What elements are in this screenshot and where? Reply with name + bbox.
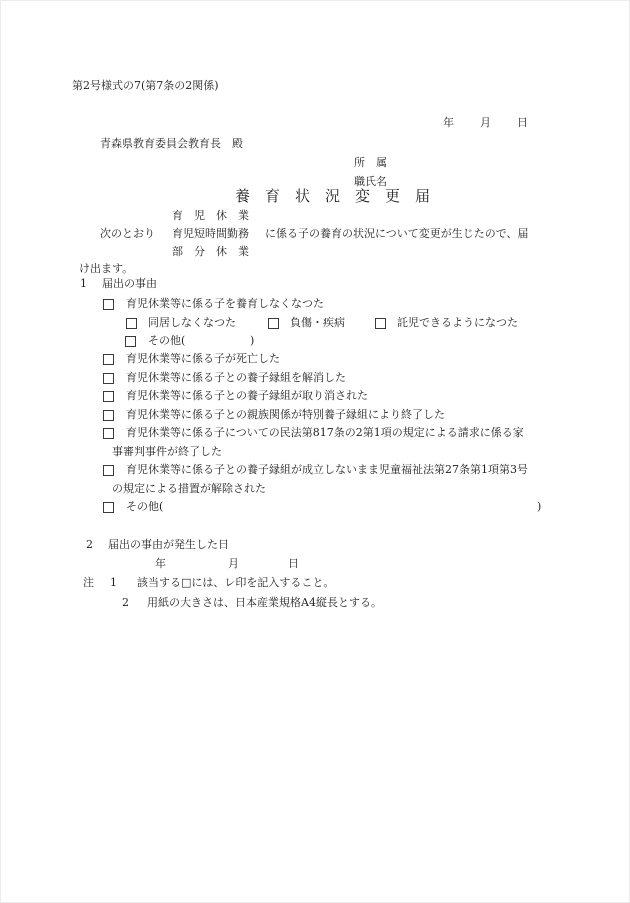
section1-number: 1 (80, 277, 87, 291)
checkbox-icon (125, 336, 136, 347)
sub-childcare-available-label: 託児できるようになつた (397, 316, 518, 330)
note2-text: 用紙の大きさは、日本産業規格A4縦長とする。 (147, 596, 382, 610)
reason-court-case-label-line1: 育児休業等に係る子についての民法第817条の2第1項の規定による請求に係る家 (126, 426, 524, 440)
checkbox-icon (268, 318, 279, 329)
occurrence-date-month-label: 月 (228, 557, 239, 571)
reason-other-close-paren: ) (537, 500, 541, 514)
leave-option-childcare-leave: 育 児 休 業 (172, 209, 249, 223)
note1-text: 該当する□には、レ印を記入すること。 (137, 576, 334, 590)
checkbox-icon (103, 410, 114, 421)
reason-court-case-label-line2: 事審判事件が終了した (112, 445, 222, 459)
section1-heading: 届出の事由 (102, 277, 157, 291)
page-title: 養 育 状 況 変 更 届 (235, 188, 430, 205)
header-date-day-label: 日 (517, 116, 528, 130)
reason-adoption-dissolved-label: 育児休業等に係る子との養子縁組を解消した (126, 371, 346, 385)
leave-option-shorttime-work: 育児短時間勤務 (172, 227, 249, 241)
leave-option-partial-leave: 部 分 休 業 (172, 245, 249, 259)
sub-not-living-together-label: 同居しなくなつた (148, 316, 236, 330)
affiliation-label: 所 属 (354, 156, 387, 170)
checkbox-icon (103, 465, 114, 476)
reason-welfare-label-line2: の規定による措置が解除された (112, 482, 266, 496)
reason-welfare-label-line1: 育児休業等に係る子との養子縁組が成立しないまま児童福祉法第27条第1項第3号 (126, 463, 528, 477)
note1-number: 1 (110, 576, 117, 590)
checkbox-icon (103, 354, 114, 365)
section2-heading: 届出の事由が発生した日 (108, 538, 229, 552)
occurrence-date-year-label: 年 (155, 557, 166, 571)
reason-died-label: 育児休業等に係る子が死亡した (126, 352, 280, 366)
checkbox-icon (103, 299, 114, 310)
notes-label: 注 (83, 576, 94, 590)
header-date-year-label: 年 (443, 116, 454, 130)
reason-adoption-rescinded-label: 育児休業等に係る子との養子縁組が取り消された (126, 389, 368, 403)
intro-lead: 次のとおり (100, 227, 155, 241)
addressee: 青森県教育委員会教育長 殿 (100, 137, 243, 151)
section2-number: 2 (86, 538, 93, 552)
note2-number: 2 (122, 596, 129, 610)
header-date-month-label: 月 (480, 116, 491, 130)
sub-other-close-paren: ) (250, 334, 254, 348)
reason-other-label: その他( (126, 500, 163, 514)
document-page: 第2号様式の7(第7条の2関係) 年 月 日 青森県教育委員会教育長 殿 所 属… (0, 0, 630, 903)
checkbox-icon (126, 318, 137, 329)
intro-body: に係る子の養育の状況について変更が生じたので、届 (265, 227, 529, 241)
sub-injury-illness-label: 負傷・疾病 (290, 316, 345, 330)
reason-kinship-ended-label: 育児休業等に係る子との親族関係が特別養子縁組により終了した (126, 408, 445, 422)
checkbox-icon (103, 502, 114, 513)
reason-no-longer-care-label: 育児休業等に係る子を養育しなくなつた (126, 297, 324, 311)
occurrence-date-day-label: 日 (288, 557, 299, 571)
checkbox-icon (103, 391, 114, 402)
sub-other-label: その他( (148, 334, 185, 348)
intro-body-wrap: け出ます。 (79, 262, 133, 276)
checkbox-icon (103, 428, 114, 439)
checkbox-icon (375, 318, 386, 329)
checkbox-icon (103, 373, 114, 384)
form-number: 第2号様式の7(第7条の2関係) (72, 79, 219, 93)
